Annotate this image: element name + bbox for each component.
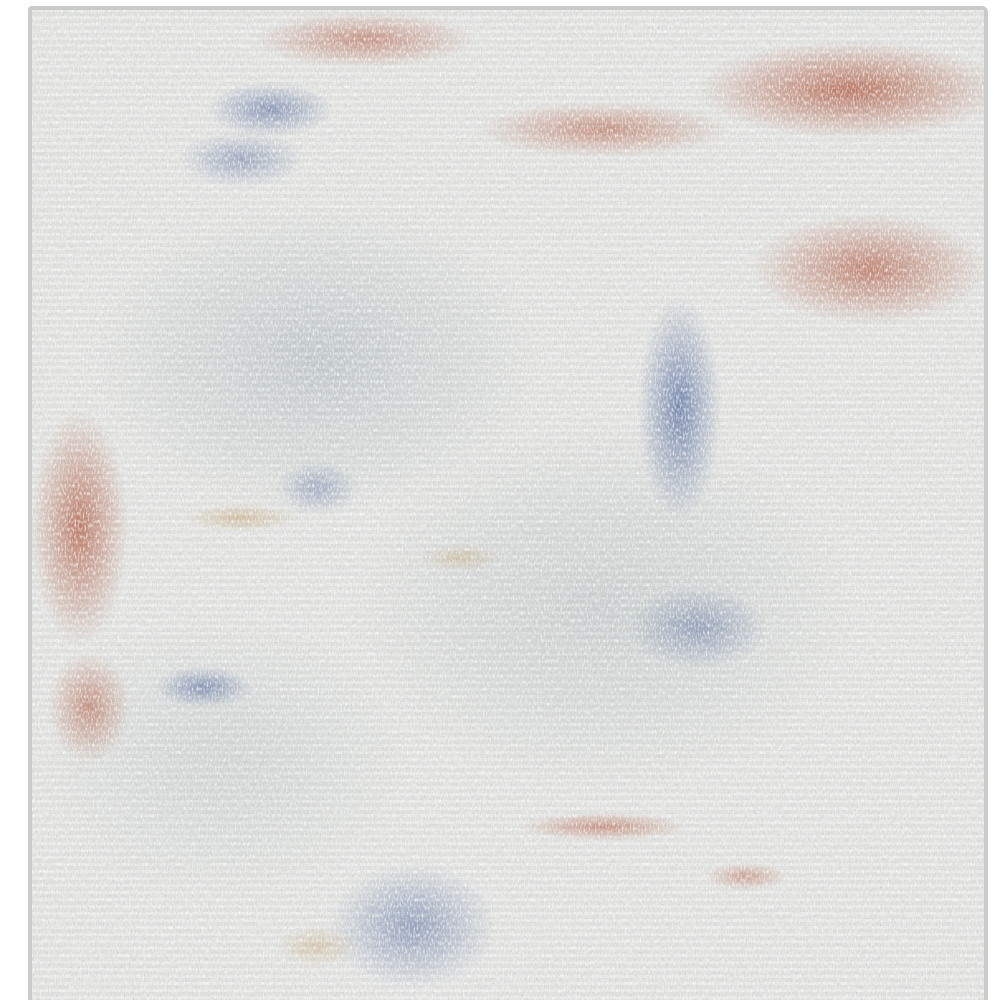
- rug: [28, 6, 988, 1000]
- rug-horizontal-streaks: [32, 10, 984, 1000]
